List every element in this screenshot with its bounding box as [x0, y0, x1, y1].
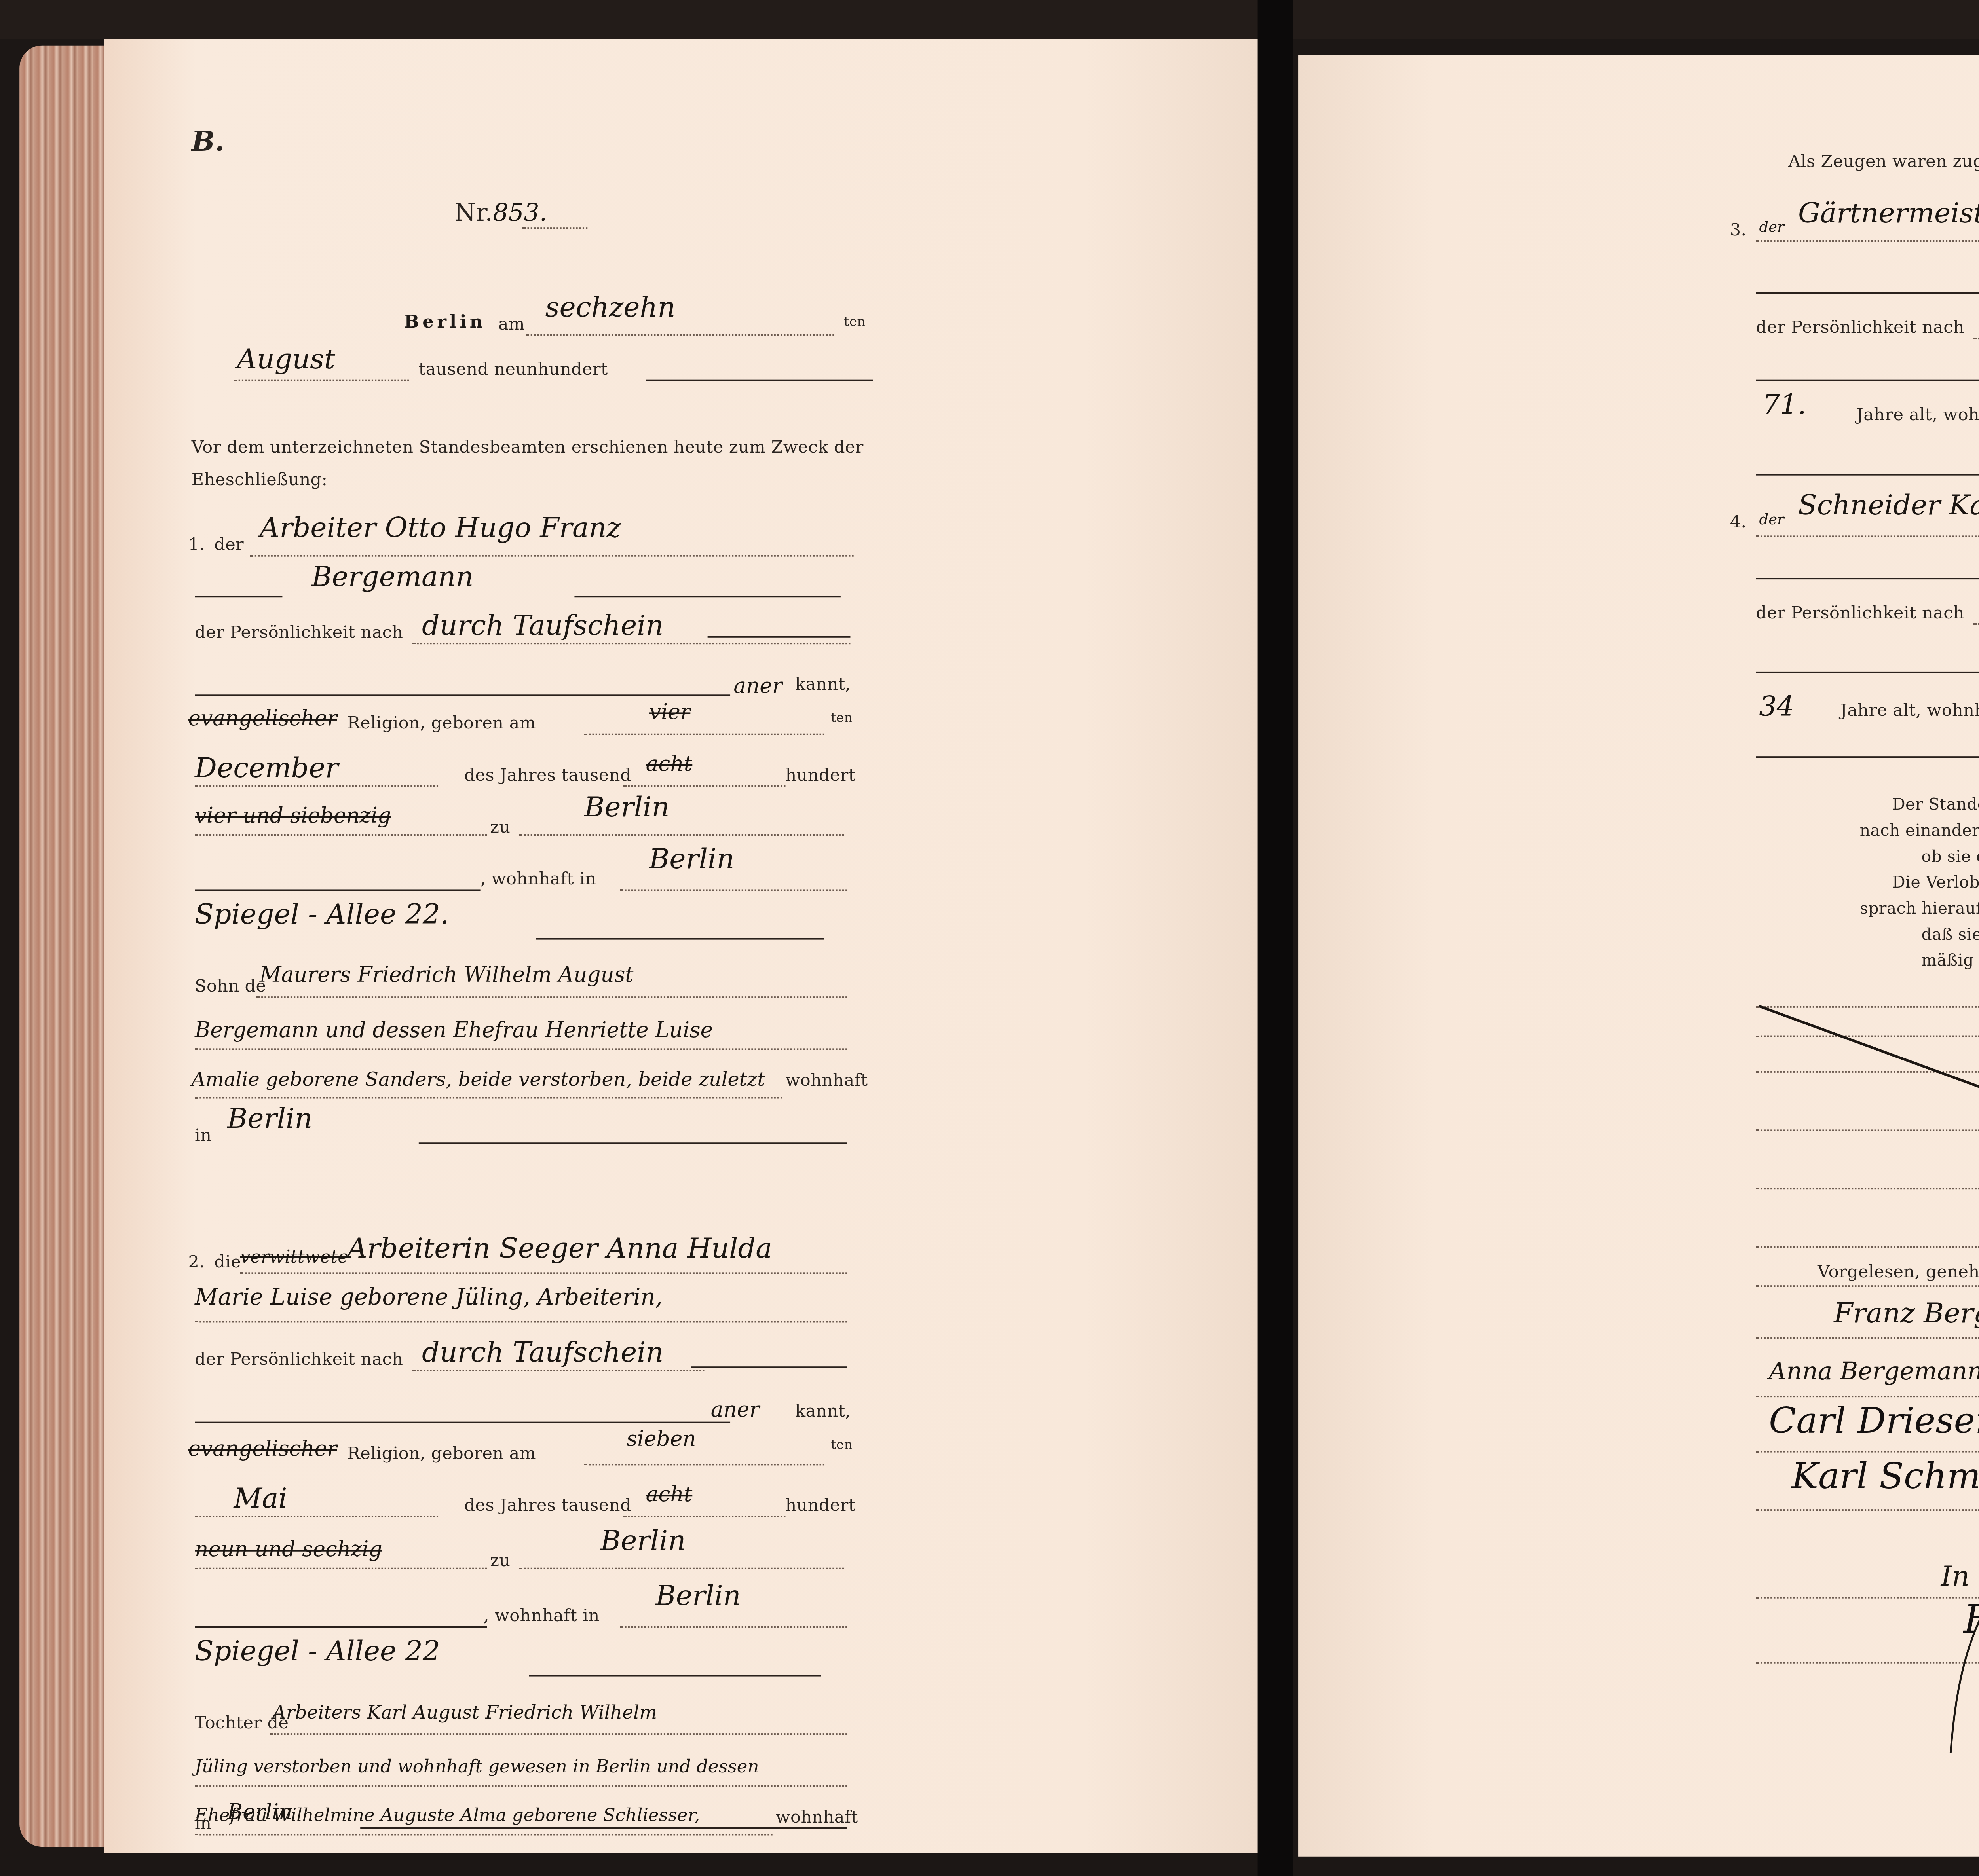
intro-line-2: Eheschließung: [192, 470, 328, 490]
groom-religion: evangelischer [188, 708, 337, 732]
signature-witness4: Karl Schmudi. [1792, 1457, 1979, 1498]
intro-line-1: Vor dem unterzeichneten Standesbeamten e… [192, 438, 864, 457]
ceremony-line-2: nach einander die Frage: [1860, 823, 1979, 840]
signature-bride: Anna Bergemann geborene Jüling. [1769, 1357, 1979, 1386]
registrar-deputy: In Vertretung [1941, 1561, 1979, 1593]
record-number-label: Nr. [454, 198, 493, 227]
bride-names-line-2: Marie Luise geborene Jüling, Arbeiterin, [195, 1285, 663, 1311]
signature-witness3: Carl Driesener [1769, 1402, 1979, 1443]
ceremony-line-7: mäßig verbundene Eheleute seien. [1922, 952, 1979, 970]
bride-residence-street: Spiegel - Allee 22 [195, 1636, 440, 1668]
record-number-value: 853. [493, 198, 547, 227]
groom-identity: durch Taufschein [422, 610, 663, 643]
bride-birth-day: sieben [627, 1428, 696, 1453]
groom-birth-month: December [195, 753, 338, 785]
left-page: B. Nr.853. Berlin am sechzehn ten August… [104, 39, 1259, 1853]
groom-birth-day: vier [649, 701, 690, 726]
bride-birthplace: Berlin [600, 1525, 686, 1558]
groom-residence-street: Spiegel - Allee 22. [195, 899, 449, 931]
ceremony-line-4: Die Verlobten bejahten diese Frage und d… [1892, 875, 1979, 893]
bride-religion: evangelischer [188, 1438, 337, 1462]
bride-struck-word: verwittwete [240, 1246, 348, 1267]
signature-groom: Franz Bergemann. [1834, 1298, 1979, 1331]
witnesses-heading: Als Zeugen waren zugezogen und erschiene… [1788, 153, 1979, 172]
month-handwritten: August [237, 344, 336, 376]
diagonal-cancel-line [1753, 1003, 1979, 1230]
groom-parents-residence: Berlin [227, 1104, 312, 1136]
bride-year-rest: neun und sechzig [195, 1538, 382, 1563]
read-approved-label: Vorgelesen, genehmigt und [1818, 1263, 1979, 1282]
groom-surname: Bergemann [311, 561, 473, 594]
witness4-age: 34 [1759, 691, 1795, 724]
bride-parents-line-2: Jüling verstorben und wohnhaft gewesen i… [195, 1756, 759, 1777]
witness3-occupation-name: Gärtnermeister Karl Driesener [1798, 198, 1979, 230]
groom-year-hundreds: acht [646, 753, 692, 778]
signature-flourish [1944, 1613, 1979, 1759]
bride-parents-line-1: Arbeiters Karl August Friedrich Wilhelm [273, 1701, 657, 1723]
witness4-occupation-name: Schneider Karl Schmudi [1798, 490, 1979, 523]
ceremony-line-1: Der Standesbeamte richtete an die Verlob… [1892, 797, 1979, 815]
bride-year-hundreds: acht [646, 1483, 692, 1508]
ceremony-line-6: daß sie kraft des Bürgerlichen Gesetzbuc… [1922, 927, 1979, 945]
am-label: am [498, 315, 525, 334]
groom-occupation-names: Arbeiter Otto Hugo Franz [260, 513, 621, 545]
groom-parents-line-3: Amalie geborene Sanders, beide verstorbe… [192, 1068, 765, 1091]
bride-parents-residence: Berlin [227, 1801, 292, 1826]
bride-residence-city: Berlin [655, 1581, 741, 1613]
ceremony-line-5: sprach hierauf aus, [1860, 901, 1979, 918]
bride-occupation-names: Arbeiterin Seeger Anna Hulda [347, 1233, 772, 1266]
bride-identity: durch Taufschein [422, 1337, 663, 1370]
ceremony-line-3: ob sie die Ehe mit einander eingehen wol… [1922, 849, 1979, 867]
groom-parents-line-2: Bergemann und dessen Ehefrau Henriette L… [195, 1019, 713, 1044]
place-label: Berlin [404, 311, 486, 332]
groom-residence-city: Berlin [649, 844, 734, 876]
book-scan: B. Nr.853. Berlin am sechzehn ten August… [0, 0, 1979, 1876]
record-number: Nr.853. [454, 198, 547, 229]
book-gutter [1258, 0, 1293, 1876]
right-page: B. Als Zeugen waren zugezogen und erschi… [1298, 55, 1979, 1856]
groom-parents-line-1: Maurers Friedrich Wilhelm August [260, 964, 634, 988]
groom-year-rest: vier und siebenzig [195, 805, 391, 829]
witness3-age: 71. [1762, 389, 1806, 422]
groom-birthplace: Berlin [584, 792, 669, 824]
year-printed: tausend neunhundert [419, 360, 608, 379]
day-handwritten: sechzehn [545, 292, 676, 324]
section-letter: B. [192, 127, 224, 159]
scan-top-border [0, 0, 1979, 39]
bride-birth-month: Mai [234, 1483, 287, 1516]
